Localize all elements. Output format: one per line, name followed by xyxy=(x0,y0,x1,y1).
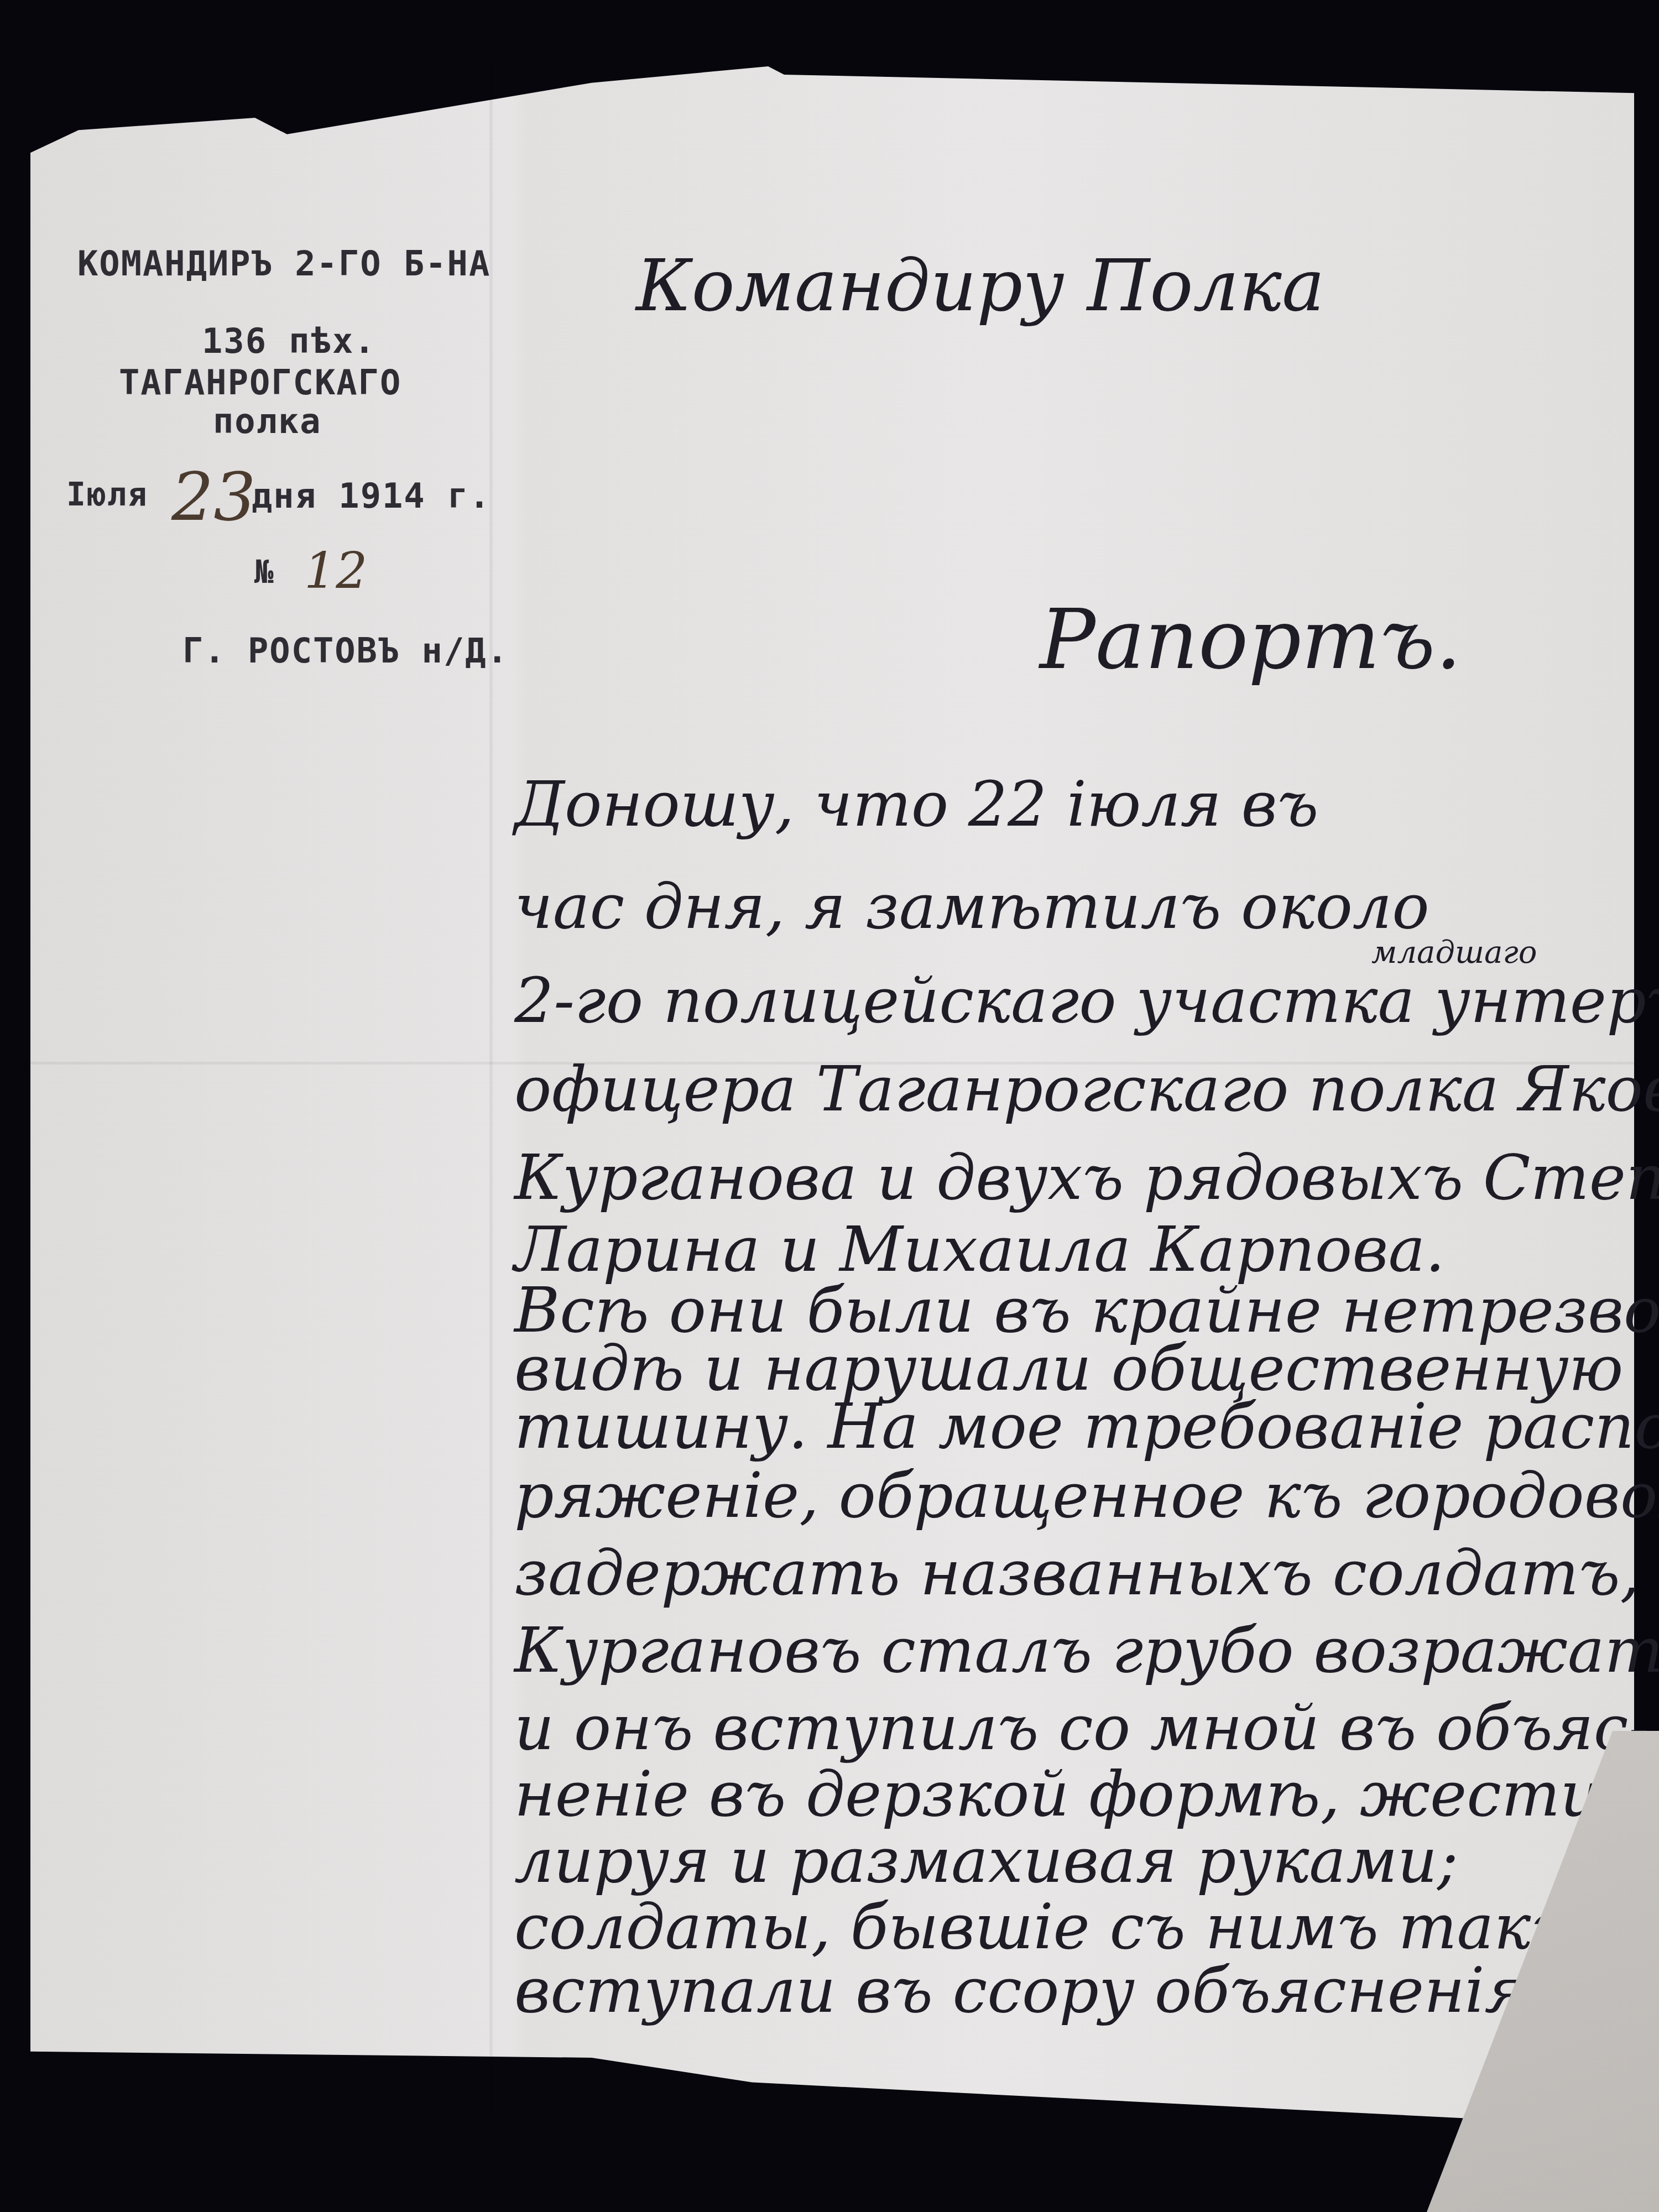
stamp-date-suffix: дня 1914 г. xyxy=(252,476,491,516)
letter-line-3: 2-го полицейскаго участка унтеръ- xyxy=(514,965,1659,1037)
letter-line-13: и онъ вступилъ со мной въ объяс- xyxy=(514,1692,1649,1764)
letter-line-17: вступали въ ссору объясненія, но xyxy=(514,1955,1643,2027)
stamp-commander: КОМАНДИРЪ 2-ГО Б-НА xyxy=(77,243,491,284)
stamp-city: Г. РОСТОВЪ н/Д. xyxy=(182,630,509,671)
stamp-regiment-name: ТАГАНРОГСКАГО xyxy=(119,362,401,403)
letter-line-5: Курганова и двухъ рядовыхъ Степана xyxy=(514,1142,1659,1214)
letter-line-11: задержать названныхъ солдатъ, xyxy=(514,1537,1640,1609)
letter-line-4: офицера Таганрогскаго полка Якова xyxy=(514,1053,1659,1125)
letter-addressee: Командиру Полка xyxy=(636,243,1324,327)
letter-line-12: Кургановъ сталъ грубо возражать, xyxy=(514,1615,1659,1687)
stamp-number-label: № xyxy=(254,553,275,591)
letter-line-14: неніе въ дерзкой формѣ, жестику- xyxy=(514,1759,1659,1830)
letter-line-9: тишину. На мое требованіе распо- xyxy=(514,1391,1659,1463)
letter-line-16: солдаты, бывшіе съ нимъ также xyxy=(514,1891,1638,1963)
stamp-date-day: 23 xyxy=(171,459,256,536)
stamp-regiment-word: полка xyxy=(213,401,322,441)
letter-line-15: лируя и размахивая руками; xyxy=(514,1825,1458,1897)
stamp-regiment-number: 136 пѣх. xyxy=(202,321,376,361)
stamp-date-prefix: Iюля xyxy=(66,476,148,513)
letter-line-1: Доношу, что 22 іюля въ xyxy=(514,769,1318,841)
paper-fold-vertical xyxy=(489,66,493,2112)
stamp-number-value: 12 xyxy=(304,542,368,600)
letter-title: Рапортъ. xyxy=(1040,592,1462,688)
letter-line-10: ряженіе, обращенное къ городовому xyxy=(514,1460,1659,1532)
letter-line-2: час дня, я замѣтилъ около xyxy=(514,871,1430,943)
